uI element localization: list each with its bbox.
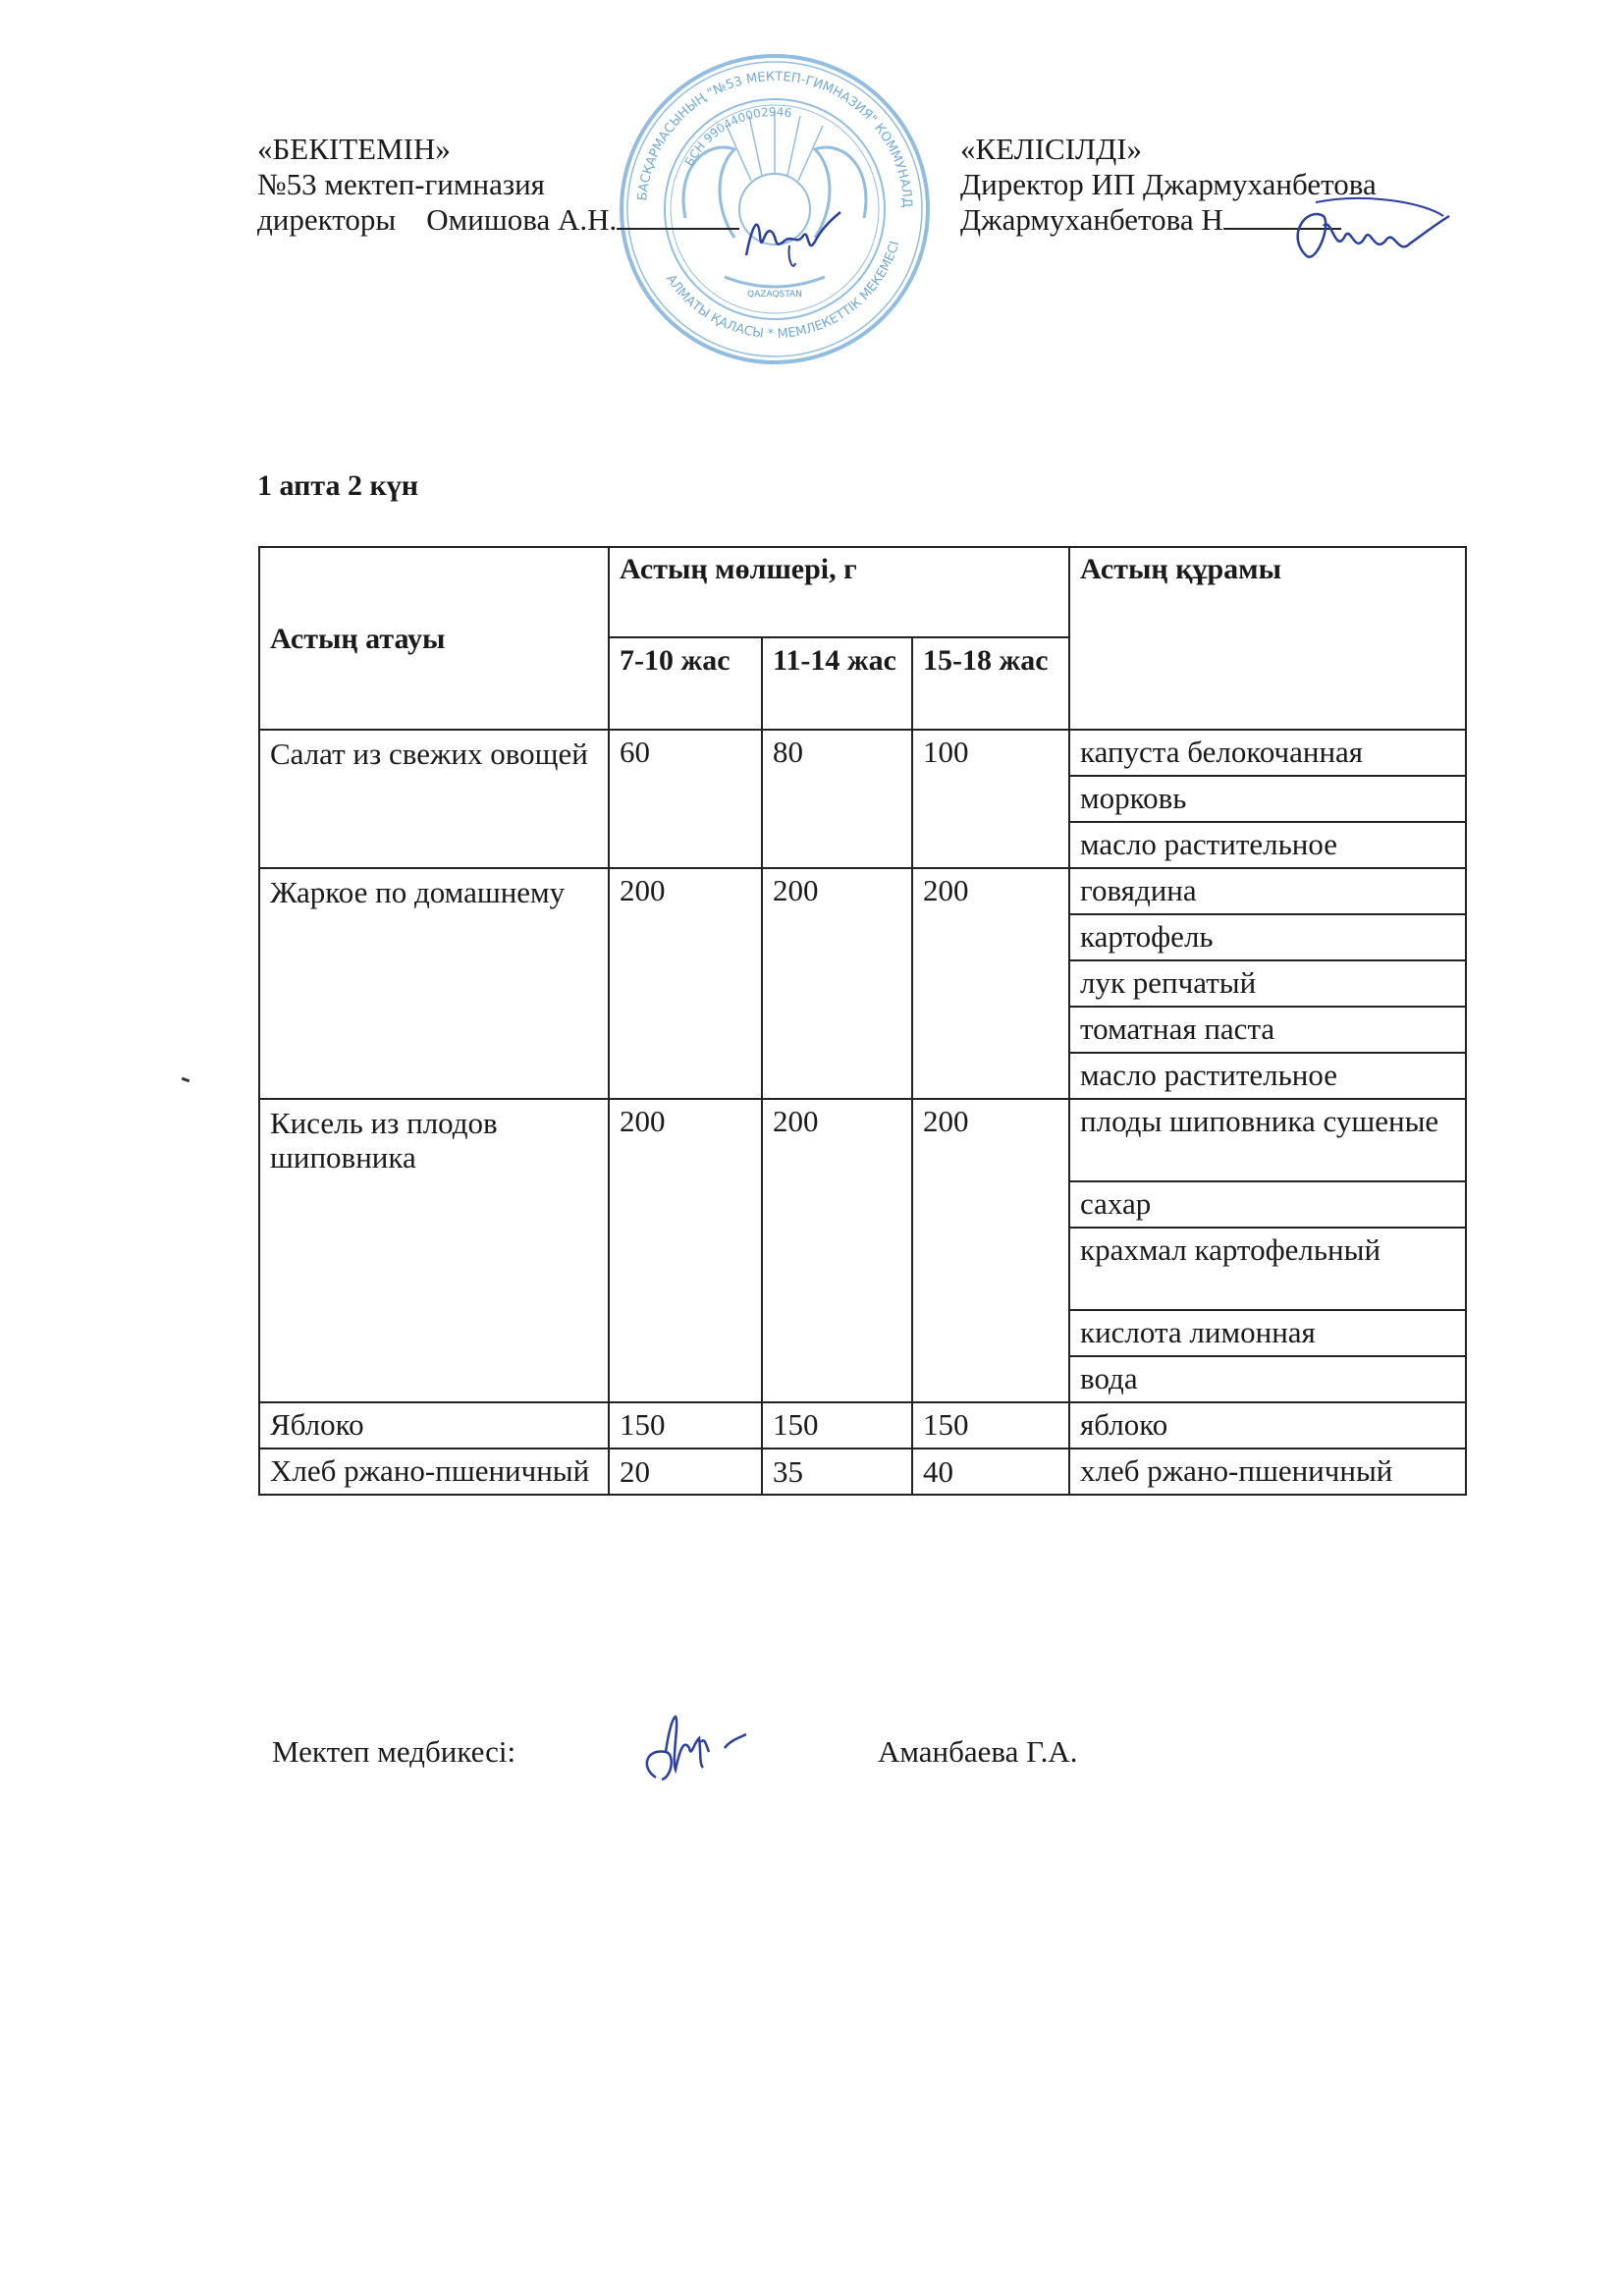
header-dish-name: Астың атауы [259,547,609,730]
amount-11-14: 80 [762,730,912,868]
header-amount: Астың мөлшері, г [609,547,1069,637]
amount-7-10: 200 [609,1099,762,1402]
amount-11-14: 35 [762,1449,912,1495]
amount-15-18: 200 [912,868,1069,1099]
nurse-name: Аманбаева Г.А. [878,1734,1077,1770]
ingredient: яблоко [1069,1402,1466,1449]
amount-7-10: 200 [609,868,762,1099]
signature-line [617,204,739,230]
amount-7-10: 20 [609,1449,762,1495]
nurse-role: Мектеп медбикесі: [272,1734,515,1770]
approver-line: директоры Омишова А.Н. [257,202,739,238]
dish-name: Жаркое по домашнему [259,868,609,1099]
dish-name: Салат из свежих овощей [259,730,609,868]
amount-15-18: 200 [912,1099,1069,1402]
approval-title: «БЕКІТЕМІН» [257,132,739,167]
agreement-title: «КЕЛІСІЛДІ» [960,132,1377,167]
amount-15-18: 150 [912,1402,1069,1449]
ingredient: кислота лимонная [1069,1310,1466,1356]
ingredient: говядина [1069,868,1466,914]
menu-table: Астың атауы Астың мөлшері, г Астың құрам… [258,546,1467,1496]
ingredient: масло растительное [1069,1053,1466,1099]
header-composition: Астың құрамы [1069,547,1466,730]
amount-11-14: 200 [762,1099,912,1402]
approver-name: Омишова А.Н. [426,202,617,237]
ingredient: сахар [1069,1181,1466,1228]
ingredient: плоды шиповника сушеные [1069,1099,1466,1181]
approver-position: директоры [257,202,396,237]
ingredient: картофель [1069,914,1466,960]
scan-speck [182,1077,190,1083]
svg-text:QAZAQSTAN: QAZAQSTAN [747,290,802,300]
header-age-7-10: 7-10 жас [609,637,762,730]
dish-name: Хлеб ржано-пшеничный [259,1449,609,1495]
ingredient: капуста белокочанная [1069,730,1466,776]
agreement-signature [1276,196,1453,275]
amount-7-10: 150 [609,1402,762,1449]
table-row: Салат из свежих овощей 60 80 100 капуста… [259,730,1466,776]
ingredient: крахмал картофельный [1069,1228,1466,1310]
nurse-signature [636,1709,793,1787]
amount-7-10: 60 [609,730,762,868]
header-age-15-18: 15-18 жас [912,637,1069,730]
ingredient: вода [1069,1356,1466,1402]
table-row: Яблоко 150 150 150 яблоко [259,1402,1466,1449]
organization-name: №53 мектеп-гимназия [257,167,739,202]
amount-15-18: 40 [912,1449,1069,1495]
amount-15-18: 100 [912,730,1069,868]
ingredient: томатная паста [1069,1007,1466,1053]
table-row: Хлеб ржано-пшеничный 20 35 40 хлеб ржано… [259,1449,1466,1495]
approval-block: «БЕКІТЕМІН» №53 мектеп-гимназия директор… [257,132,739,238]
table-row: Кисель из плодов шиповника 200 200 200 п… [259,1099,1466,1181]
table-row: Жаркое по домашнему 200 200 200 говядина [259,868,1466,914]
ingredient: хлеб ржано-пшеничный [1069,1449,1466,1495]
agreement-signer-name: Джармуханбетова Н [960,202,1223,237]
amount-11-14: 200 [762,868,912,1099]
week-day-title: 1 апта 2 күн [257,469,418,503]
ingredient: лук репчатый [1069,960,1466,1007]
ingredient: морковь [1069,776,1466,822]
approver-signature [738,206,846,275]
dish-name: Яблоко [259,1402,609,1449]
ingredient: масло растительное [1069,822,1466,868]
dish-name: Кисель из плодов шиповника [259,1099,609,1402]
amount-11-14: 150 [762,1402,912,1449]
header-age-11-14: 11-14 жас [762,637,912,730]
